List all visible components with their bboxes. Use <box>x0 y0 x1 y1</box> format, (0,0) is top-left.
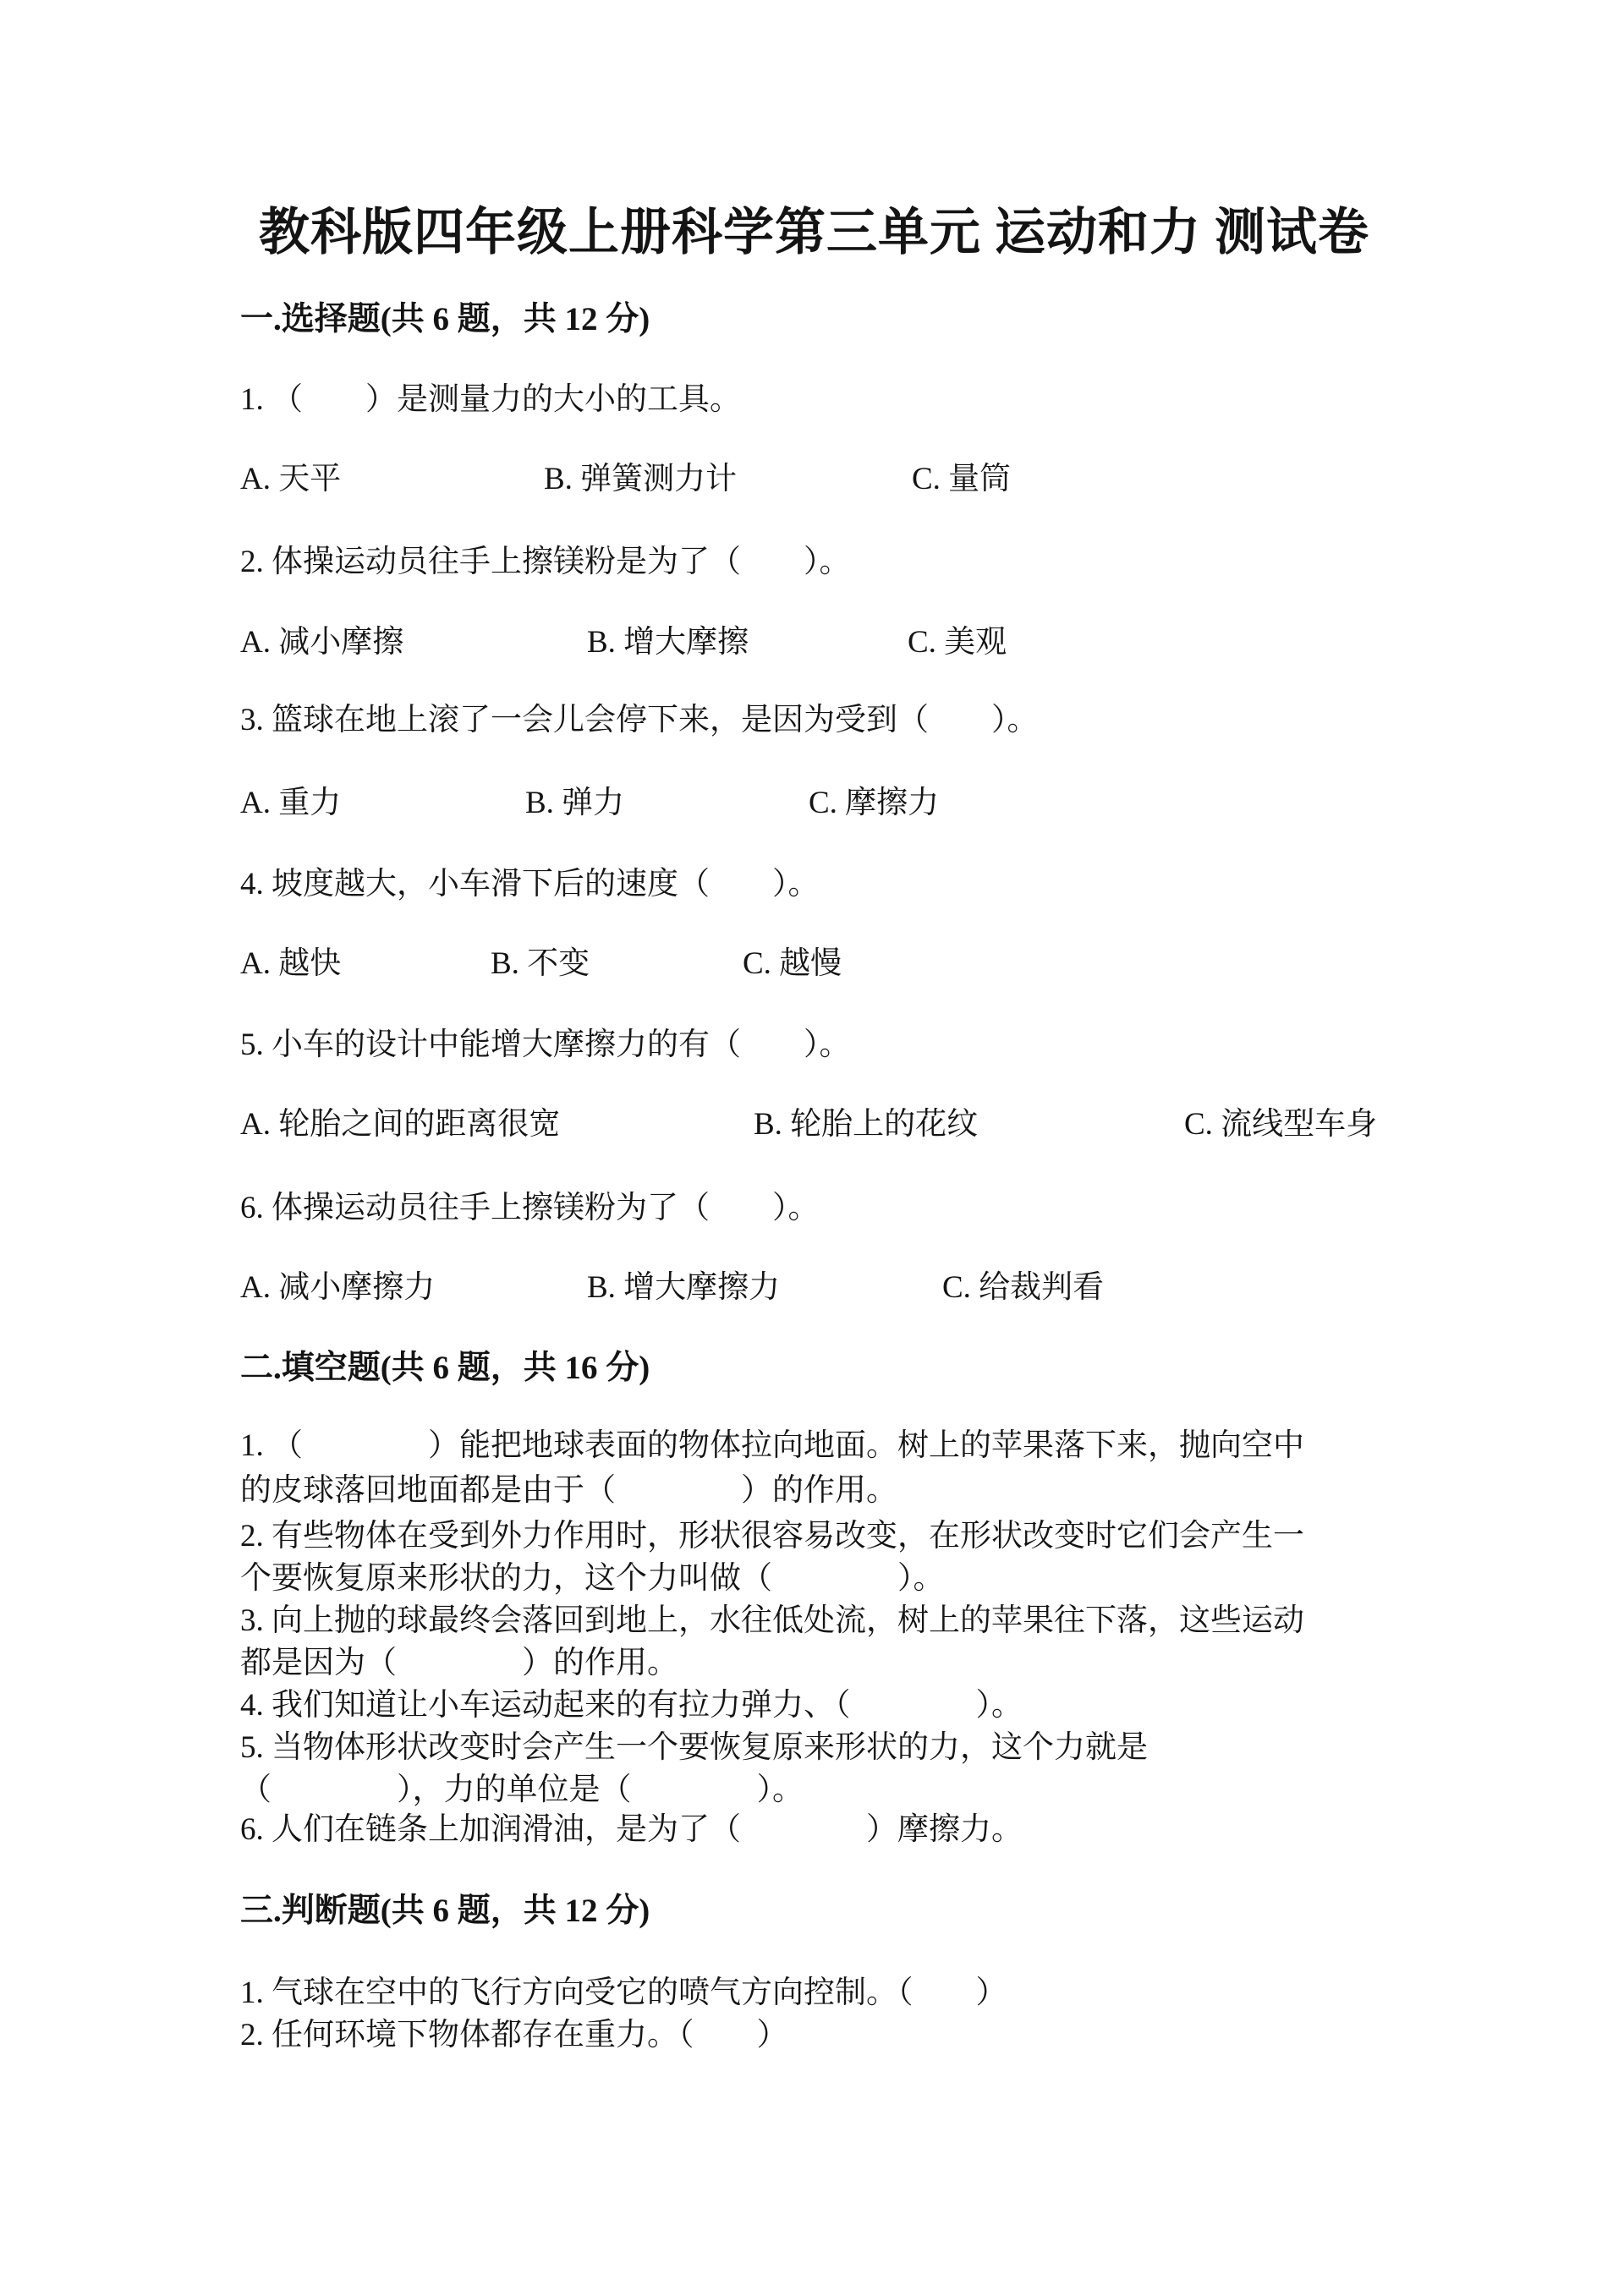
test-paper-page: 教科版四年级上册科学第三单元 运动和力 测试卷 一.选择题(共 6 题，共 12… <box>0 0 1624 2296</box>
fill-q1-line-2: 的皮球落回地面都是由于（ ）的作用。 <box>240 1471 897 1510</box>
choice-q3-option-b: B. 弹力 <box>525 784 624 823</box>
choice-q6-option-c: C. 给裁判看 <box>942 1269 1104 1307</box>
fill-q1-line-1: 1. （ ）能把地球表面的物体拉向地面。树上的苹果落下来，抛向空中 <box>240 1427 1304 1466</box>
choice-q3-text: 3. 篮球在地上滚了一会儿会停下来，是因为受到（ ）。 <box>240 701 1039 740</box>
fill-q5-line-1: 5. 当物体形状改变时会产生一个要恢复原来形状的力，这个力就是 <box>240 1729 1148 1767</box>
section-heading-fill: 二.填空题(共 6 题，共 16 分) <box>240 1348 650 1389</box>
fill-q3-line-2: 都是因为（ ）的作用。 <box>240 1644 678 1683</box>
fill-q5-line-2: （ ），力的单位是（ ）。 <box>240 1771 804 1810</box>
choice-q2-text: 2. 体操运动员往手上擦镁粉是为了（ ）。 <box>240 543 851 582</box>
judge-q1-text: 1. 气球在空中的飞行方向受它的喷气方向控制。（ ） <box>240 1974 1007 2013</box>
choice-q6-option-b: B. 增大摩擦力 <box>587 1269 780 1307</box>
choice-q2-option-c: C. 美观 <box>908 623 1007 662</box>
choice-q2-option-a: A. 减小摩擦 <box>240 623 403 662</box>
page-title: 教科版四年级上册科学第三单元 运动和力 测试卷 <box>259 201 1369 265</box>
fill-q3-line-1: 3. 向上抛的球最终会落回到地上，水往低处流，树上的苹果往下落，这些运动 <box>240 1602 1304 1641</box>
choice-q1-option-c: C. 量筒 <box>912 460 1011 499</box>
fill-q4-line-1: 4. 我们知道让小车运动起来的有拉力弹力、（ ）。 <box>240 1686 1023 1725</box>
choice-q5-option-a: A. 轮胎之间的距离很宽 <box>240 1105 560 1144</box>
choice-q4-option-c: C. 越慢 <box>743 945 842 984</box>
choice-q3-option-c: C. 摩擦力 <box>809 784 939 823</box>
choice-q1-text: 1. （ ）是测量力的大小的工具。 <box>240 381 741 419</box>
judge-q2-text: 2. 任何环境下物体都存在重力。（ ） <box>240 2016 788 2055</box>
choice-q2-option-b: B. 增大摩擦 <box>587 623 749 662</box>
section-heading-judge: 三.判断题(共 6 题，共 12 分) <box>240 1891 650 1932</box>
choice-q4-option-b: B. 不变 <box>491 945 590 984</box>
choice-q6-option-a: A. 减小摩擦力 <box>240 1269 435 1307</box>
choice-q4-text: 4. 坡度越大，小车滑下后的速度（ ）。 <box>240 865 820 904</box>
fill-q2-line-2: 个要恢复原来形状的力，这个力叫做（ ）。 <box>240 1559 945 1598</box>
choice-q1-option-b: B. 弹簧测力计 <box>544 460 737 499</box>
choice-q5-option-b: B. 轮胎上的花纹 <box>754 1105 978 1144</box>
choice-q6-text: 6. 体操运动员往手上擦镁粉为了（ ）。 <box>240 1189 820 1228</box>
choice-q3-option-a: A. 重力 <box>240 784 341 823</box>
choice-q4-option-a: A. 越快 <box>240 945 341 984</box>
fill-q6-line-1: 6. 人们在链条上加润滑油，是为了（ ）摩擦力。 <box>240 1811 1023 1849</box>
section-heading-choice: 一.选择题(共 6 题，共 12 分) <box>240 299 650 341</box>
fill-q2-line-1: 2. 有些物体在受到外力作用时，形状很容易改变，在形状改变时它们会产生一 <box>240 1517 1304 1556</box>
choice-q5-text: 5. 小车的设计中能增大摩擦力的有（ ）。 <box>240 1026 851 1065</box>
choice-q1-option-a: A. 天平 <box>240 460 341 499</box>
choice-q5-option-c: C. 流线型车身 <box>1184 1105 1377 1144</box>
